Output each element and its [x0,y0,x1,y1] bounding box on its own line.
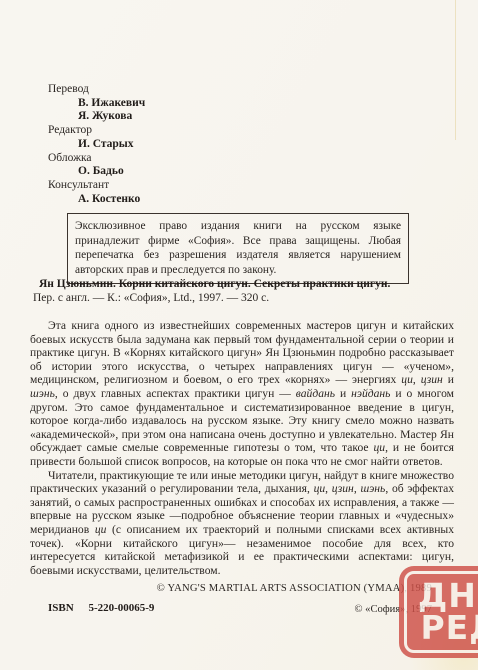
annotation-paragraph-1: Эта книга одного из известнейших совреме… [30,319,454,469]
annotation-paragraph-2: Читатели, практикующие те или иные метод… [30,469,454,578]
book-title-line: Ян Цзюньмин. Корни китайского цигун. Сек… [33,277,457,291]
credit-role: Консультант [48,179,145,193]
isbn-line: ISBN 5-220-00065-9 [48,602,154,614]
isbn-value: 5-220-00065-9 [88,602,154,614]
credits-block: Перевод В. Ижакевич Я. Жукова Редактор И… [48,83,145,206]
bibliographic-record: Ян Цзюньмин. Корни китайского цигун. Сек… [33,277,457,305]
credit-role: Обложка [48,152,145,166]
ymaa-copyright-line: © YANG'S MARTIAL ARTS ASSOCIATION (YMAA)… [157,583,432,594]
credit-role: Перевод [48,83,145,97]
credit-name: В. Ижакевич [78,97,145,111]
book-imprint-page: Перевод В. Ижакевич Я. Жукова Редактор И… [0,0,478,670]
credit-role: Редактор [48,124,145,138]
credit-group-editor: Редактор И. Старых [48,124,145,151]
credit-group-consultant: Консультант А. Костенко [48,179,145,206]
watermark-inner-frame: ДНР РЕД [404,571,478,653]
imprint-line: Пер. с англ. — К.: «София», Ltd., 1997. … [33,291,457,305]
credit-name: А. Костенко [78,193,145,207]
scanned-page-edge [455,0,456,140]
credit-group-cover: Обложка О. Бадьо [48,152,145,179]
exclusive-rights-notice: Эксклюзивное право издания книги на русс… [67,213,409,284]
credit-name: Я. Жукова [78,110,145,124]
watermark-text-line2: РЕД [420,612,478,644]
isbn-label: ISBN [48,602,74,614]
red-watermark-stamp: ДНР РЕД [399,566,478,658]
credit-name: О. Бадьо [78,165,145,179]
credit-name: И. Старых [78,138,145,152]
annotation-text: Эта книга одного из известнейших совреме… [30,319,454,577]
credit-group-translation: Перевод В. Ижакевич Я. Жукова [48,83,145,124]
